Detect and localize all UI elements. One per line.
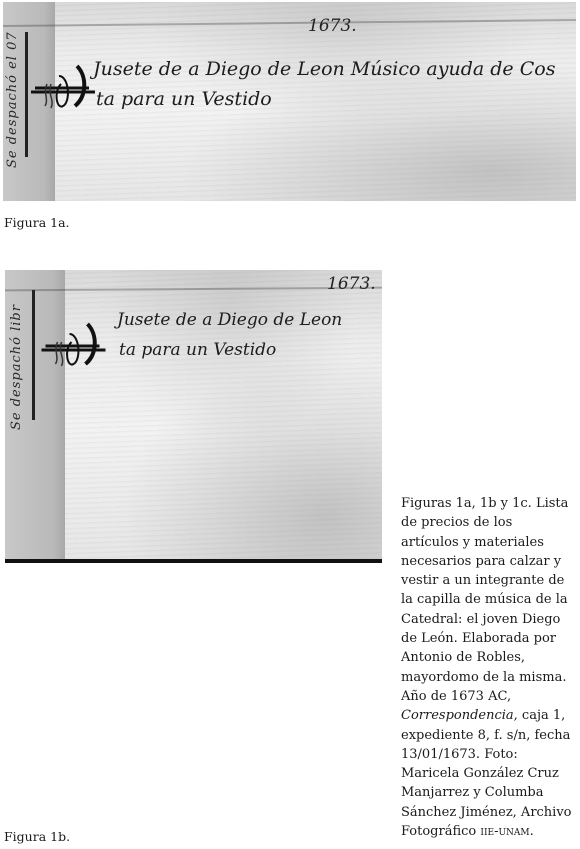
figure-1a-label: Figura 1a. [4,215,70,230]
margin-rule [25,32,28,157]
figure-1a-image: Se despachó el 07 1673. Jusete de a Dieg… [3,2,576,201]
signature-flourish-icon [29,62,99,122]
margin-note: Se despachó libr [9,280,24,430]
margin-rule [32,290,35,420]
manuscript-line-2: ta para un Vestido [119,340,276,360]
manuscript-line-1: Jusete de a Diego de Leon Músico ayuda d… [93,58,555,80]
caption-institution: IIE-UNAM [480,824,529,839]
figure-caption: Figuras 1a, 1b y 1c. Lista de precios de… [401,494,573,841]
year-annotation: 1673. [327,274,376,294]
figure-1b-label: Figura 1b. [4,829,70,844]
manuscript-line-2: ta para un Vestido [96,88,272,110]
year-annotation: 1673. [308,16,357,36]
figure-1b-image: Se despachó libr 1673. Jusete de a Diego… [5,270,382,563]
caption-source-title: Correspondencia [401,708,514,723]
caption-text-part1: Figuras 1a, 1b y 1c. Lista de precios de… [401,496,568,704]
caption-end: . [530,824,534,839]
margin-note: Se despachó el 07 [5,8,20,168]
signature-flourish-icon [37,320,112,380]
caption-paragraph: Figuras 1a, 1b y 1c. Lista de precios de… [401,494,573,841]
paper-fold-line [3,19,576,27]
manuscript-line-1: Jusete de a Diego de Leon [117,310,342,330]
caption-text-part2: , caja 1, expediente 8, f. s/n, fecha 13… [401,708,572,839]
